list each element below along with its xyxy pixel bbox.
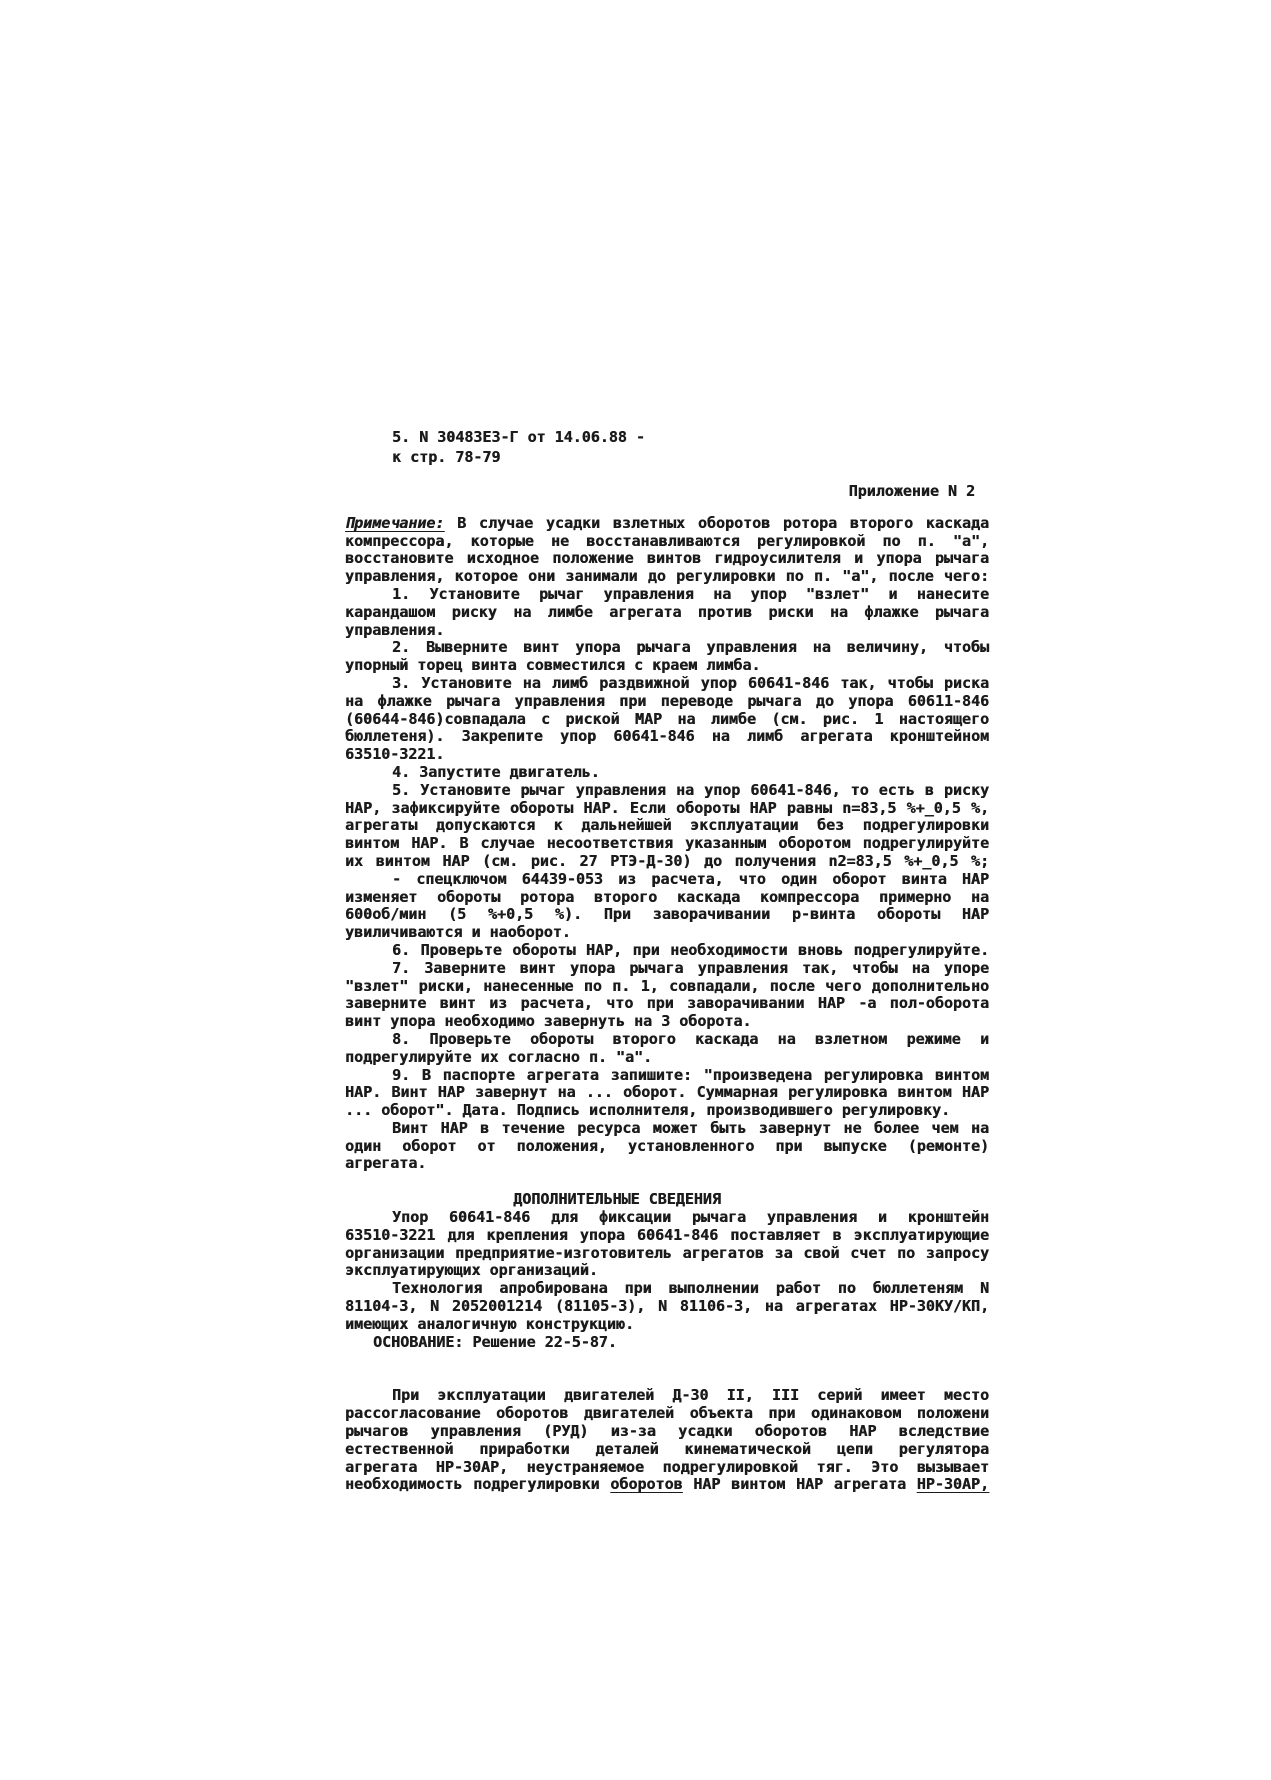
text-line: заверните винт из расчета, что при завор… [345, 995, 989, 1013]
scanned-document-page: 5. N 30483Е3-Г от 14.06.88 - к стр. 78-7… [0, 0, 1271, 1780]
text-line: компрессора, которые не восстанавливаютс… [345, 533, 989, 551]
text-segment: оборотов [610, 1475, 682, 1493]
text-line: организации предприятие-изготовитель агр… [345, 1245, 989, 1263]
item-9-line: 9. В паспорте агрегата запишите: "произв… [345, 1067, 989, 1085]
text-line: управления, которое они занимали до регу… [345, 568, 989, 586]
text-line: рычагов управления (РУД) из-за усадки об… [345, 1423, 989, 1441]
text-line: бюллетеня). Закрепите упор 60641-846 на … [345, 728, 989, 746]
item-2-line: 2. Выверните винт упора рычага управлени… [345, 639, 989, 657]
text-line: агрегата. [345, 1155, 989, 1173]
text-line: "взлет" риски, нанесенные по п. 1, совпа… [345, 978, 989, 996]
note-line: Примечание: В случае усадки взлетных обо… [345, 515, 989, 533]
text-line: эксплуатирующих организаций. [345, 1262, 989, 1280]
text-line: подрегулируйте их согласно п. "а". [345, 1049, 989, 1067]
item-5-line: 5. Установите рычаг управления на упор 6… [345, 782, 989, 800]
text-line: имеющих аналогичную конструкцию. [345, 1316, 989, 1334]
text-segment: НАР винтом НАР агрегата [683, 1475, 917, 1493]
text-line: их винтом НАР (см. рис. 27 РТЭ-Д-30) до … [345, 853, 989, 871]
text-line: 81104-3, N 2052001214 (81105-3), N 81106… [345, 1298, 989, 1316]
text-line: (60644-846)совпадала с риской МАР на лим… [345, 711, 989, 729]
annex-label: Приложение N 2 [345, 483, 989, 501]
additional-info-heading: ДОПОЛНИТЕЛЬНЫЕ СВЕДЕНИЯ [345, 1191, 989, 1209]
text-line: агрегата НР-30АР, неустраняемое подрегул… [345, 1459, 989, 1477]
text-segment: В случае усадки взлетных оборотов ротора… [444, 514, 989, 532]
text-line: естественной приработки деталей кинемати… [345, 1441, 989, 1459]
text-line: винтом НАР. В случае несоответствия указ… [345, 835, 989, 853]
text-line: 63510-3221. [345, 746, 989, 764]
document-body: Примечание: В случае усадки взлетных обо… [345, 515, 989, 1494]
text-line: управления. [345, 622, 989, 640]
header-ref-line-1: 5. N 30483Е3-Г от 14.06.88 - [392, 427, 989, 447]
text-line: 600об/мин (5 %+0,5 %). При заворачивании… [345, 906, 989, 924]
basis-line: ОСНОВАНИЕ: Решение 22-5-87. [345, 1334, 989, 1352]
text-line: При эксплуатации двигателей Д-30 II, III… [345, 1387, 989, 1405]
item-6-line: 6. Проверьте обороты НАР, при необходимо… [345, 942, 989, 960]
text-line: винт упора необходимо завернуть на 3 обо… [345, 1013, 989, 1031]
text-line: восстановите исходное положение винтов г… [345, 550, 989, 568]
text-line: 63510-3221 для крепления упора 60641-846… [345, 1227, 989, 1245]
last-line: необходимость подрегулировки оборотов НА… [345, 1476, 989, 1494]
item-3-line: 3. Установите на лимб раздвижной упор 60… [345, 675, 989, 693]
item-8-line: 8. Проверьте обороты второго каскада на … [345, 1031, 989, 1049]
text-line: Винт НАР в течение ресурса может быть за… [345, 1120, 989, 1138]
text-line: НАР. Винт НАР завернут на ... оборот. Су… [345, 1084, 989, 1102]
item-7-line: 7. Заверните винт упора рычага управлени… [345, 960, 989, 978]
text-segment: НР-30АР, [917, 1475, 989, 1493]
text-line: карандашом риску на лимбе агрегата проти… [345, 604, 989, 622]
item-1-line: 1. Установите рычаг управления на упор "… [345, 586, 989, 604]
header-ref-line-2: к стр. 78-79 [392, 447, 989, 467]
document-header: 5. N 30483Е3-Г от 14.06.88 - к стр. 78-7… [345, 427, 989, 467]
text-line: рассогласование оборотов двигателей объе… [345, 1405, 989, 1423]
text-line: увиличиваются и наоборот. [345, 924, 989, 942]
item-4-line: 4. Запустите двигатель. [345, 764, 989, 782]
text-line: Упор 60641-846 для фиксации рычага управ… [345, 1209, 989, 1227]
document-content: 5. N 30483Е3-Г от 14.06.88 - к стр. 78-7… [345, 427, 989, 1494]
dash-item-line: - спецключом 64439-053 из расчета, что о… [345, 871, 989, 889]
text-line: Технология апробирована при выполнении р… [345, 1280, 989, 1298]
text-line: упорный торец винта совместился с краем … [345, 657, 989, 675]
text-line: изменяет обороты ротора второго каскада … [345, 889, 989, 907]
text-line: на флажке рычага управления при переводе… [345, 693, 989, 711]
text-line: один оборот от положения, установленного… [345, 1138, 989, 1156]
text-segment: необходимость подрегулировки [345, 1475, 610, 1493]
text-line: НАР, зафиксируйте обороты НАР. Если обор… [345, 800, 989, 818]
text-line: ... оборот". Дата. Подпись исполнителя, … [345, 1102, 989, 1120]
note-label: Примечание: [345, 514, 444, 532]
text-line: агрегаты допускаются к дальнейшей эксплу… [345, 817, 989, 835]
